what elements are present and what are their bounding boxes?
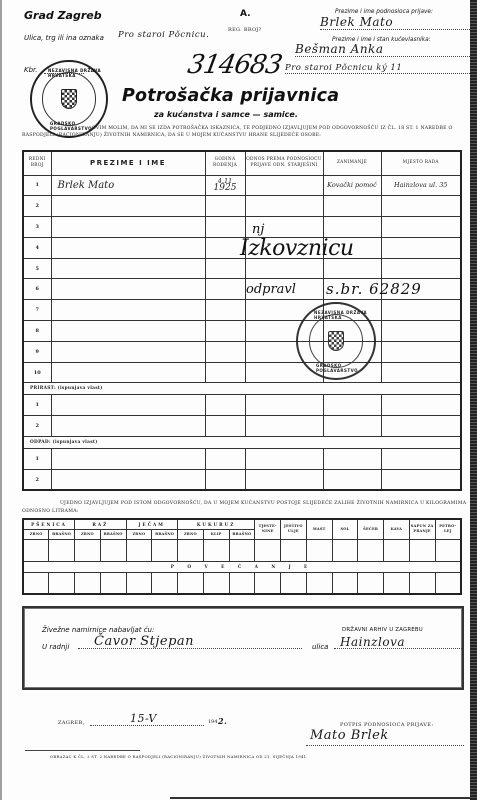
person-workplace <box>381 362 461 383</box>
annotation-dispatch: odpravl <box>246 282 296 297</box>
stock-cell <box>100 572 126 594</box>
sub-grain: ZRNO <box>178 529 204 539</box>
person-birth <box>205 416 245 437</box>
person-name <box>51 279 205 300</box>
sub-grain: ZRNO <box>23 529 49 539</box>
person-workplace <box>381 469 461 490</box>
stock-cell <box>384 539 410 561</box>
stock-cell <box>100 539 126 561</box>
annotation-reference: s.br. 62829 <box>326 280 422 298</box>
col-sugar: ŠEĆER <box>358 519 384 539</box>
person-name <box>51 237 205 258</box>
row-number: 6 <box>23 279 51 300</box>
food-stock-table: PŠENICA RAŽ JEČAM KUKURUZ TJESTE-NINE JE… <box>22 518 462 595</box>
stock-cell <box>152 539 178 561</box>
row-number: 2 <box>23 196 51 217</box>
declaration-text: OVIM MOLIM, DA MI SE IZDA POTROŠAČKA ISK… <box>22 125 468 140</box>
person-occupation: Kovački pomoć <box>323 175 381 196</box>
stock-cell <box>126 572 152 594</box>
col-soap: SAPUN ZA PRANJE <box>409 519 435 539</box>
person-birth <box>205 237 245 258</box>
person-name <box>51 321 205 342</box>
form-subtitle: za kućanstva i samce — samice. <box>154 110 298 119</box>
person-name <box>51 196 205 217</box>
person-relation <box>245 258 323 279</box>
stock-cell <box>409 572 435 594</box>
person-workplace <box>381 449 461 470</box>
household-owner-name: Bešman Anka <box>295 42 470 57</box>
person-occupation <box>323 469 381 490</box>
group-wheat: PŠENICA <box>23 519 75 529</box>
stock-increase-row <box>23 572 461 594</box>
stock-declaration-text: UJEDNO IZJAVLJUJEM POD ISTOM ODGOVORNOŠĆ… <box>22 500 468 516</box>
table-row: 10 <box>23 362 461 383</box>
person-name <box>51 395 205 416</box>
household-persons-table: REDNI BROJ PREZIME I IME GODINA ROĐENJA … <box>22 150 462 491</box>
person-relation <box>245 416 323 437</box>
col-header-relation: ODNOS PREMA PODNOSIOCU PRIJAVE ODN. STAR… <box>245 151 323 175</box>
person-name <box>51 258 205 279</box>
person-workplace <box>381 196 461 217</box>
year-value: 2. <box>218 716 227 726</box>
stock-cell <box>229 539 255 561</box>
footnote-rule <box>25 750 140 751</box>
sub-cob: KLIP <box>203 529 229 539</box>
archive-stamp-text: DRŽAVNI ARHIV U ZAGREBU <box>342 627 423 633</box>
col-coffee: KAVA <box>384 519 410 539</box>
section-decrease-label: ODPAD: (ispunjava vlast) <box>23 437 461 449</box>
person-workplace <box>381 300 461 321</box>
person-name <box>51 341 205 362</box>
person-birth <box>205 321 245 342</box>
person-occupation <box>323 395 381 416</box>
table-row: 2 <box>23 469 461 490</box>
stamp-text-top: NEZAVISNA DRŽAVA HRVATSKA <box>48 68 106 78</box>
col-header-name: PREZIME I IME <box>51 151 205 175</box>
sub-grain: ZRNO <box>126 529 152 539</box>
street-value: Pro staroi Pŏcnicu. <box>118 30 209 40</box>
supply-label: Živežne namirnice nabavljat ću: <box>42 626 154 634</box>
person-birth <box>205 469 245 490</box>
sub-grain: ZRNO <box>75 529 101 539</box>
col-oil: JESTIVO ULJE <box>281 519 307 539</box>
stock-cell <box>332 572 358 594</box>
person-workplace: Hainzlova ul. 35 <box>381 175 461 196</box>
street-label: Ulica, trg ili ina oznaka <box>24 34 104 42</box>
stamp-text-bottom: GRADSKO POGLAVARSTVO <box>316 363 374 373</box>
person-name <box>51 300 205 321</box>
year-prefix: 194 <box>208 719 218 725</box>
stock-cell <box>49 572 75 594</box>
col-lard: MAST <box>306 519 332 539</box>
section-increase-header: PRIRAST: (ispunjava vlast) <box>23 383 461 395</box>
stock-cell <box>203 572 229 594</box>
sub-flour: BRAŠNO <box>152 529 178 539</box>
person-workplace <box>381 258 461 279</box>
coat-of-arms-icon <box>61 89 77 109</box>
stock-cell <box>229 572 255 594</box>
table-row: 3 <box>23 217 461 238</box>
col-header-birth-year: GODINA ROĐENJA <box>205 151 245 175</box>
table-row: 2 <box>23 196 461 217</box>
col-header-number: REDNI BROJ <box>23 151 51 175</box>
person-occupation <box>323 416 381 437</box>
section-increase-label: PRIRAST: (ispunjava vlast) <box>23 383 461 395</box>
person-name <box>51 217 205 238</box>
table-row: 5 <box>23 258 461 279</box>
signature-value: Mato Brlek <box>310 728 389 743</box>
official-stamp-middle: NEZAVISNA DRŽAVA HRVATSKA GRADSKO POGLAV… <box>296 302 376 380</box>
form-letter: A. <box>240 9 251 19</box>
supply-shop-box: Živežne namirnice nabavljat ću: DRŽAVNI … <box>22 606 464 690</box>
row-number: 8 <box>23 321 51 342</box>
person-workplace <box>381 217 461 238</box>
stock-cell <box>203 539 229 561</box>
footnote: OBRAZAC K ČL. 2 ST. 2 NAREDBE O RASPODJE… <box>50 754 308 759</box>
person-name <box>51 449 205 470</box>
shop-street: Hainzlova <box>340 635 405 649</box>
group-rye: RAŽ <box>75 519 127 529</box>
person-birth <box>205 341 245 362</box>
table-row: 1 Brlek Mato 4.111925 Kovački pomoć Hain… <box>23 175 461 196</box>
group-corn: KUKURUZ <box>178 519 255 529</box>
stock-cell <box>281 572 307 594</box>
stock-cell <box>126 539 152 561</box>
place-label: ZAGREB, <box>58 720 85 726</box>
person-name <box>51 469 205 490</box>
stock-cell <box>255 572 281 594</box>
row-number: 9 <box>23 341 51 362</box>
table-row: 9 <box>23 341 461 362</box>
person-name <box>51 416 205 437</box>
city-name: Grad Zagreb <box>24 9 102 22</box>
col-kerosene: PETRO-LEJ <box>435 519 461 539</box>
stock-increase-header: P O V E Ć A N J E <box>23 561 461 572</box>
person-birth <box>205 258 245 279</box>
registration-number: 314683 <box>185 50 284 80</box>
signature-line <box>306 745 464 746</box>
stamp-inner-ring <box>42 72 95 125</box>
applicant-name: Brlek Mato <box>320 15 470 30</box>
group-barley: JEČAM <box>126 519 178 529</box>
row-number: 1 <box>23 175 51 196</box>
date-value: 15-V <box>130 712 157 725</box>
stock-cell <box>435 572 461 594</box>
stock-cell <box>178 572 204 594</box>
col-header-workplace: MJESTO RADA <box>381 151 461 175</box>
person-birth <box>205 449 245 470</box>
household-owner-address: Pro staroi Pŏcnicu ký 11 <box>285 63 470 74</box>
stock-cell <box>152 572 178 594</box>
stock-cell <box>49 539 75 561</box>
person-occupation <box>323 217 381 238</box>
person-birth <box>205 196 245 217</box>
table-row: 1 <box>23 395 461 416</box>
sub-flour: BRAŠNO <box>49 529 75 539</box>
person-relation <box>245 469 323 490</box>
row-number: 2 <box>23 416 51 437</box>
consumer-registration-form: Grad Zagreb A. REG. BROJ? Ulica, trg ili… <box>0 0 477 800</box>
annotation-word: Izkovznicu <box>240 236 354 261</box>
row-number: 10 <box>23 362 51 383</box>
person-relation <box>245 196 323 217</box>
stock-cell <box>409 539 435 561</box>
stock-cell <box>178 539 204 561</box>
sub-flour: BRAŠNO <box>229 529 255 539</box>
stock-cell <box>332 539 358 561</box>
person-name <box>51 362 205 383</box>
person-birth <box>205 217 245 238</box>
stock-cell <box>435 539 461 561</box>
stock-cell <box>358 572 384 594</box>
stock-values-row <box>23 539 461 561</box>
row-number: 4 <box>23 237 51 258</box>
row-number: 3 <box>23 217 51 238</box>
table-header-row: REDNI BROJ PREZIME I IME GODINA ROĐENJA … <box>23 151 461 175</box>
table-row: 8 <box>23 321 461 342</box>
stock-cell <box>75 539 101 561</box>
person-workplace <box>381 237 461 258</box>
scan-edge-left <box>0 0 2 800</box>
person-workplace <box>381 395 461 416</box>
stock-cell <box>281 539 307 561</box>
sub-flour: BRAŠNO <box>100 529 126 539</box>
table-row: 1 <box>23 449 461 470</box>
stock-cell <box>23 539 49 561</box>
increase-label: P O V E Ć A N J E <box>23 561 461 572</box>
page-bottom-edge <box>170 797 470 799</box>
stock-cell <box>358 539 384 561</box>
person-occupation <box>323 196 381 217</box>
row-number: 5 <box>23 258 51 279</box>
row-number: 2 <box>23 469 51 490</box>
stock-cell <box>255 539 281 561</box>
coat-of-arms-icon <box>328 331 344 351</box>
stock-cell <box>23 572 49 594</box>
person-relation <box>245 395 323 416</box>
person-birth <box>205 362 245 383</box>
shop-label: U radnji <box>42 643 69 651</box>
stock-group-row: PŠENICA RAŽ JEČAM KUKURUZ TJESTE-NINE JE… <box>23 519 461 529</box>
scan-edge-right <box>470 0 477 800</box>
stamp-inner-ring <box>309 314 364 367</box>
person-occupation <box>323 449 381 470</box>
shop-street-label: ulica <box>312 643 328 651</box>
annotation-mark: nj <box>252 222 264 237</box>
stock-cell <box>306 572 332 594</box>
form-title: Potrošačka prijavnica <box>122 86 339 106</box>
date-field-line <box>90 725 204 726</box>
person-occupation <box>323 258 381 279</box>
person-birth: 4.111925 <box>205 175 245 196</box>
col-header-occupation: ZANIMANJE <box>323 151 381 175</box>
person-workplace <box>381 321 461 342</box>
section-decrease-header: ODPAD: (ispunjava vlast) <box>23 437 461 449</box>
reg-number-label: REG. BROJ? <box>228 27 262 33</box>
stamp-text-top: NEZAVISNA DRŽAVA HRVATSKA <box>314 310 374 320</box>
person-relation <box>245 175 323 196</box>
shop-name: Čavor Stjepan <box>94 634 194 649</box>
person-name: Brlek Mato <box>51 175 205 196</box>
row-number: 1 <box>23 395 51 416</box>
row-number: 7 <box>23 300 51 321</box>
table-row: 7 <box>23 300 461 321</box>
stock-cell <box>75 572 101 594</box>
row-number: 1 <box>23 449 51 470</box>
person-birth <box>205 395 245 416</box>
col-pasta: TJESTE-NINE <box>255 519 281 539</box>
person-workplace <box>381 341 461 362</box>
person-relation <box>245 449 323 470</box>
house-number-label: Kbr. <box>24 66 38 74</box>
col-salt: SOL <box>332 519 358 539</box>
birth-year: 1925 <box>214 183 237 193</box>
person-birth <box>205 279 245 300</box>
person-workplace <box>381 416 461 437</box>
person-birth <box>205 300 245 321</box>
table-row: 2 <box>23 416 461 437</box>
stock-cell <box>306 539 332 561</box>
stock-cell <box>384 572 410 594</box>
